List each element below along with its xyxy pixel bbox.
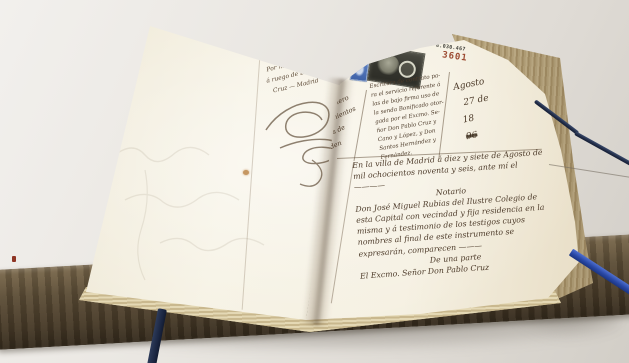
entry-date: Agosto 27 de 1896: [452, 69, 524, 148]
red-edge-mark: [12, 256, 16, 262]
photo-open-manuscript-book: = los firmantes me entregaron copia Rafa…: [0, 0, 629, 363]
red-folio-number: 3601: [441, 50, 468, 63]
entry-summary: Escritura de contrato pa- ra el servicio…: [369, 70, 466, 164]
deed-body-text: En la villa de Madrid á diez y siete de …: [352, 147, 553, 282]
